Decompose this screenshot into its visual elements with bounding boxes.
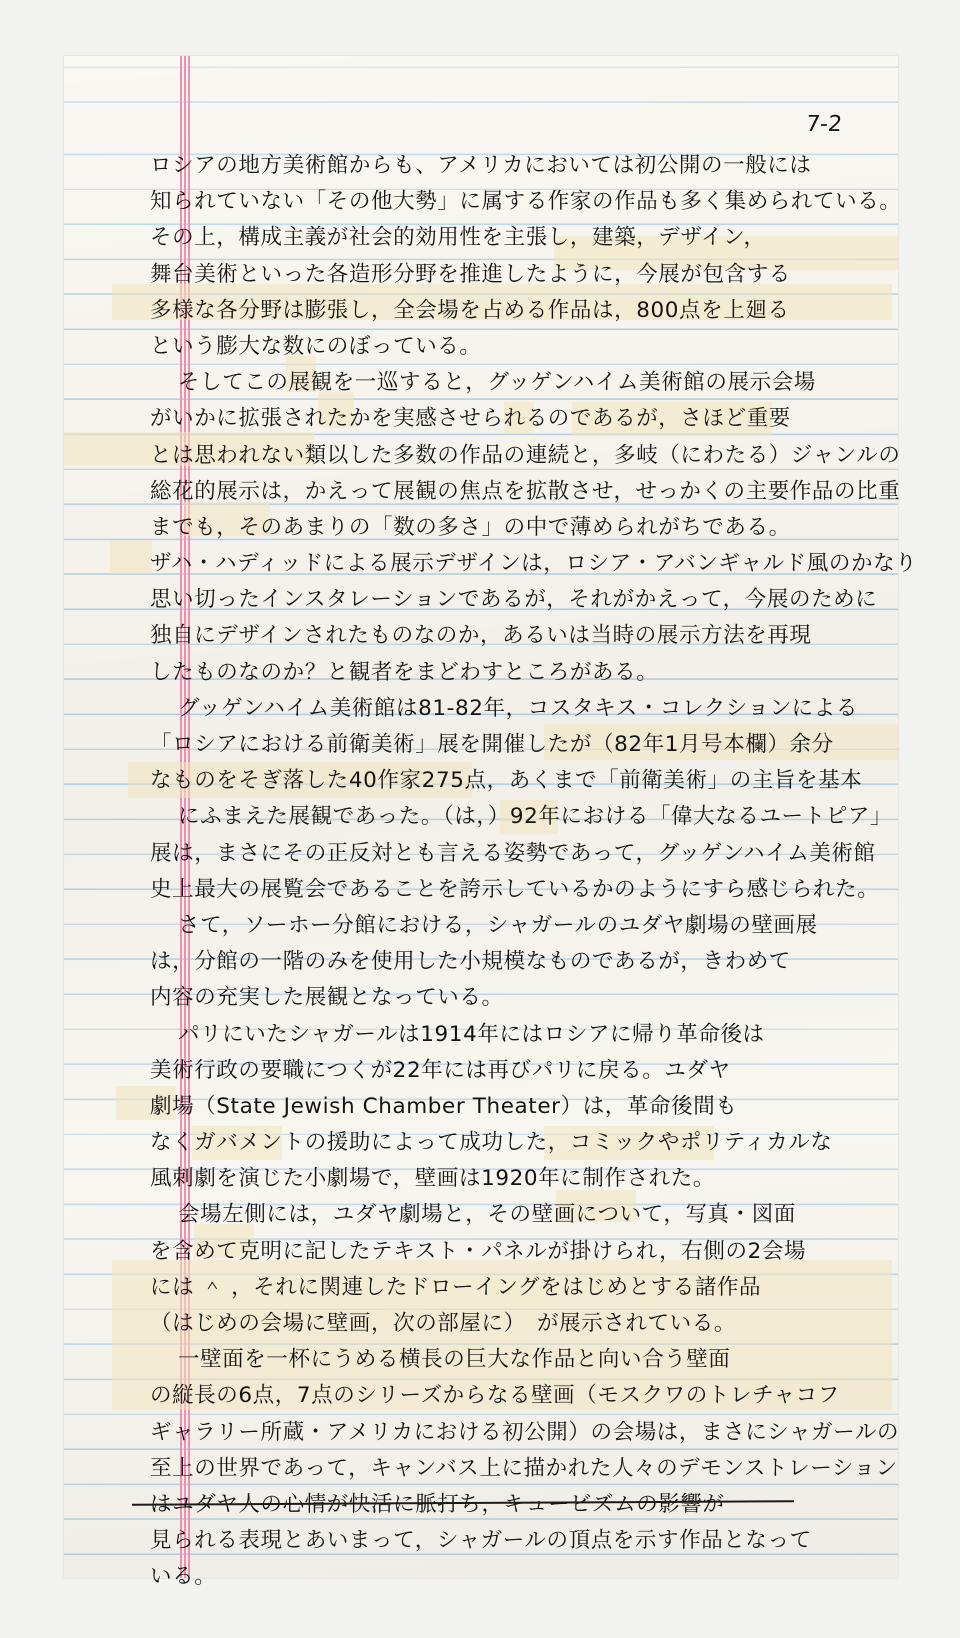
text-line: 知られていない「その他大勢」に属する作家の作品も多く集められている。 <box>150 184 910 220</box>
text-line: という膨大な数にのぼっている。 <box>150 329 910 365</box>
text-line: なものをそぎ落した40作家275点，あくまで「前衛美術」の主旨を基本 <box>150 763 910 799</box>
text-line: 一壁面を一杯にうめる横長の巨大な作品と向い合う壁面 <box>150 1342 910 1378</box>
text-line: の縦長の6点，7点のシリーズからなる壁画（モスクワのトレチャコフ <box>150 1378 910 1414</box>
text-line: （はじめの会場に壁画，次の部屋に） が展示されている。 <box>150 1306 910 1342</box>
text-line: 見られる表現とあいまって，シャガールの頂点を示す作品となって <box>150 1523 910 1559</box>
text-line: 総花的展示は，かえって展観の焦点を拡散させ，せっかくの主要作品の比重 <box>150 474 910 510</box>
text-line: には ＾ ，それに関連したドローイングをはじめとする諸作品 <box>150 1270 910 1306</box>
text-line: 劇場（State Jewish Chamber Theater）は，革命後間も <box>150 1089 910 1125</box>
text-line: 会場左側には，ユダヤ劇場と，その壁画について，写真・図面 <box>150 1197 910 1233</box>
correction-tape <box>110 540 152 574</box>
text-line: がいかに拡張されたかを実感させられるのであるが，さほど重要 <box>150 401 910 437</box>
text-line: 舞台美術といった各造形分野を推進したように，今展が包含する <box>150 257 910 293</box>
text-line: 思い切ったインスタレーションであるが，それがかえって，今展のために <box>150 582 910 618</box>
text-line: したものなのか？と観者をまどわすところがある。 <box>150 655 910 691</box>
text-line: 風刺劇を演じた小劇場で，壁画は1920年に制作された。 <box>150 1161 910 1197</box>
text-line: 内容の充実した展観となっている。 <box>150 980 910 1016</box>
text-line: 展は，まさにその正反対とも言える姿勢であって，グッゲンハイム美術館 <box>150 836 910 872</box>
text-line: ザハ・ハディッドによる展示デザインは，ロシア・アバンギャルド風のかなり <box>150 546 910 582</box>
text-line: パリにいたシャガールは1914年にはロシアに帰り革命後は <box>150 1017 910 1053</box>
text-line: その上，構成主義が社会的効用性を主張し，建築，デザイン， <box>150 220 910 256</box>
text-line: までも，そのあまりの「数の多さ」の中で薄められがちである。 <box>150 510 910 546</box>
text-line: いる。 <box>150 1559 910 1595</box>
text-line: ロシアの地方美術館からも、アメリカにおいては初公開の一般には <box>150 148 910 184</box>
text-line: そしてこの展観を一巡すると，グッゲンハイム美術館の展示会場 <box>150 365 910 401</box>
text-line: ギャラリー所蔵・アメリカにおける初公開）の会場は，まさにシャガールの <box>150 1415 910 1451</box>
text-line: とは思われない類以した多数の作品の連続と，多岐（にわたる）ジャンルの <box>150 438 910 474</box>
text-line: 「ロシアにおける前衛美術」展を開催したが（82年1月号本欄）余分 <box>150 727 910 763</box>
page-number: 7-2 <box>805 112 844 137</box>
text-line: 至上の世界であって，キャンバス上に描かれた人々のデモンストレーション <box>150 1451 910 1487</box>
text-line: にふまえた展観であった。（は，）92年における「偉大なるユートピア」 <box>150 799 910 835</box>
text-line: を含めて克明に記したテキスト・パネルが掛けられ，右側の2会場 <box>150 1234 910 1270</box>
handwritten-text: ロシアの地方美術館からも、アメリカにおいては初公開の一般には 知られていない「そ… <box>150 148 910 1596</box>
text-line: さて，ソーホー分館における，シャガールのユダヤ劇場の壁画展 <box>150 908 910 944</box>
text-line: 史上最大の展覧会であることを誇示しているかのようにすら感じられた。 <box>150 872 910 908</box>
notebook-page: 7-2 ロシアの地方美術館からも、アメリカにおいては初公開の一般には 知られてい… <box>64 56 898 1578</box>
text-line: 多様な各分野は膨張し，全会場を占める作品は，800点を上廻る <box>150 293 910 329</box>
text-line: グッゲンハイム美術館は81-82年，コスタキス・コレクションによる <box>150 691 910 727</box>
text-line: 独自にデザインされたものなのか，あるいは当時の展示方法を再現 <box>150 618 910 654</box>
text-line: 美術行政の要職につくが22年には再びパリに戻る。ユダヤ <box>150 1053 910 1089</box>
text-line: は，分館の一階のみを使用した小規模なものであるが，きわめて <box>150 944 910 980</box>
text-line: なくガバメントの援助によって成功した，コミックやポリティカルな <box>150 1125 910 1161</box>
